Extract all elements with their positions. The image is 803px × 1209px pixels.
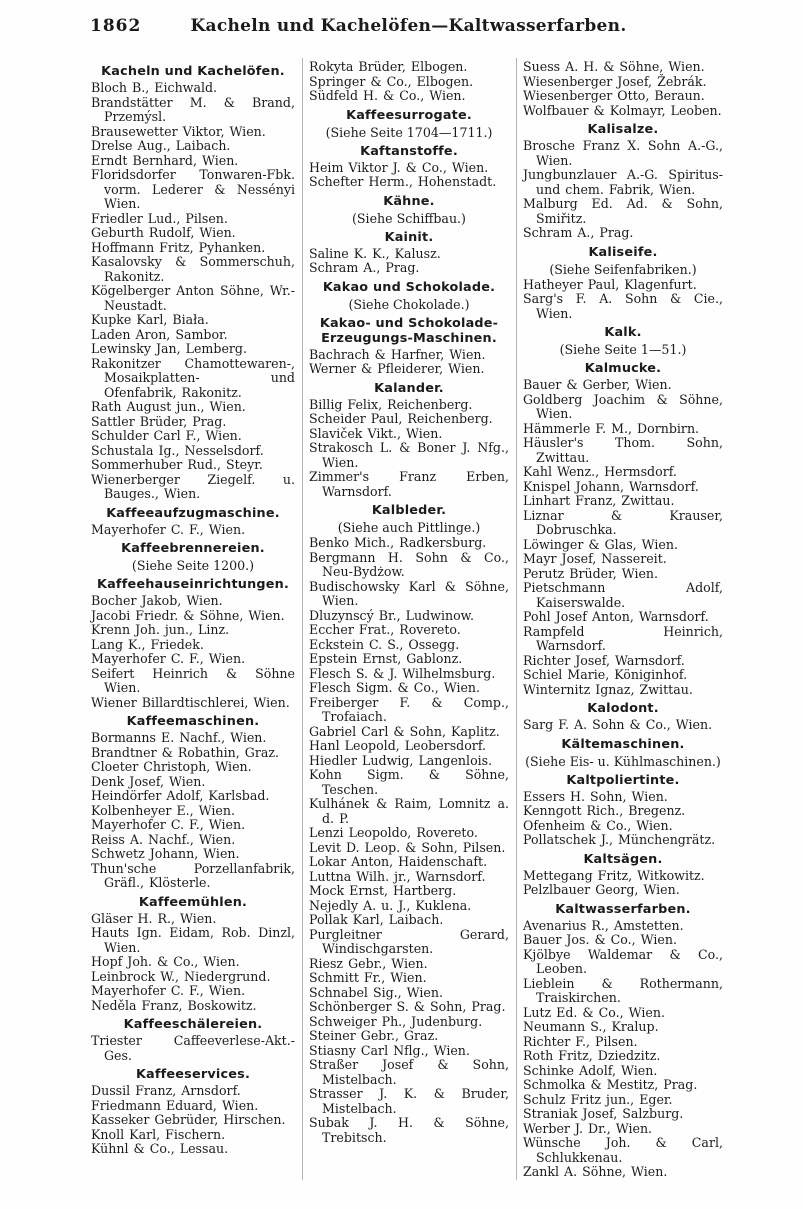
section-header: Kaliseife. <box>523 245 723 260</box>
directory-entry: Brandtner & Robathin, Graz. <box>91 746 295 761</box>
directory-entry: Straniak Josef, Salzburg. <box>523 1107 723 1122</box>
directory-entry: Triester Caffeeverlese-Akt.-Ges. <box>91 1034 295 1063</box>
directory-entry: Avenarius R., Amstetten. <box>523 919 723 934</box>
directory-entry: Schnabel Sig., Wien. <box>309 986 509 1001</box>
directory-entry: Wiener Billardtischlerei, Wien. <box>91 696 295 711</box>
directory-entry: Wiesenberger Otto, Beraun. <box>523 89 723 104</box>
directory-entry: Floridsdorfer Tonwaren-Fbk. vorm. Ledere… <box>91 168 295 212</box>
directory-entry: Bloch B., Eichwald. <box>91 81 295 96</box>
directory-entry: Levit D. Leop. & Sohn, Pilsen. <box>309 841 509 856</box>
directory-entry: Denk Josef, Wien. <box>91 775 295 790</box>
directory-entry: Schiel Marie, Königinhof. <box>523 668 723 683</box>
cross-reference: (Siehe Seite 1200.) <box>91 558 295 573</box>
section-header: Kaffeemühlen. <box>91 895 295 910</box>
directory-entry: Hiedler Ludwig, Langenlois. <box>309 754 509 769</box>
directory-entry: Flesch S. & J. Wilhelmsburg. <box>309 667 509 682</box>
directory-entry: Leinbrock W., Niedergrund. <box>91 970 295 985</box>
directory-entry: Slaviček Vikt., Wien. <box>309 427 509 442</box>
directory-entry: Laden Aron, Sambor. <box>91 328 295 343</box>
directory-entry: Kolbenheyer E., Wien. <box>91 804 295 819</box>
directory-entry: Riesz Gebr., Wien. <box>309 957 509 972</box>
section-header: Kaltpoliertinte. <box>523 773 723 788</box>
section-header: Kakao und Schokolade. <box>309 280 509 295</box>
directory-entry: Steiner Gebr., Graz. <box>309 1029 509 1044</box>
directory-entry: Richter F., Pilsen. <box>523 1035 723 1050</box>
directory-entry: Reiss A. Nachf., Wien. <box>91 833 295 848</box>
directory-entry: Lokar Anton, Haidenschaft. <box>309 855 509 870</box>
cross-reference: (Siehe Seite 1—51.) <box>523 342 723 357</box>
cross-reference: (Siehe auch Pittlinge.) <box>309 520 509 535</box>
directory-entry: Friedler Lud., Pilsen. <box>91 212 295 227</box>
directory-entry: Eckstein C. S., Ossegg. <box>309 638 509 653</box>
page-header: 1862 Kacheln und Kachelöfen—Kaltwasserfa… <box>0 14 803 40</box>
column-3: Suess A. H. & Söhne, Wien.Wiesenberger J… <box>516 58 730 1180</box>
directory-entry: Eccher Frat., Rovereto. <box>309 623 509 638</box>
directory-entry: Kasalovsky & Sommerschuh, Rakonitz. <box>91 255 295 284</box>
directory-entry: Brausewetter Viktor, Wien. <box>91 125 295 140</box>
directory-entry: Scheider Paul, Reichenberg. <box>309 412 509 427</box>
directory-entry: Jungbunzlauer A.-G. Spiritus- und chem. … <box>523 168 723 197</box>
directory-entry: Mock Ernst, Hartberg. <box>309 884 509 899</box>
directory-entry: Strasser J. K. & Bruder, Mistelbach. <box>309 1087 509 1116</box>
directory-entry: Schustala Ig., Nesselsdorf. <box>91 444 295 459</box>
section-header: Kaffeeaufzugmaschine. <box>91 506 295 521</box>
directory-entry: Billig Felix, Reichenberg. <box>309 398 509 413</box>
cross-reference: (Siehe Eis- u. Kühlmaschinen.) <box>523 754 723 769</box>
section-header: Kalodont. <box>523 701 723 716</box>
page-title: Kacheln und Kachelöfen—Kaltwasserfarben. <box>88 16 729 36</box>
directory-entry: Kupke Karl, Biała. <box>91 313 295 328</box>
directory-entry: Stiasny Carl Nflg., Wien. <box>309 1044 509 1059</box>
directory-entry: Lang K., Friedek. <box>91 638 295 653</box>
directory-entry: Lewinsky Jan, Lemberg. <box>91 342 295 357</box>
directory-entry: Jacobi Friedr. & Söhne, Wien. <box>91 609 295 624</box>
directory-entry: Kögelberger Anton Söhne, Wr.-Neustadt. <box>91 284 295 313</box>
directory-entry: Cloeter Christoph, Wien. <box>91 760 295 775</box>
directory-entry: Schulder Carl F., Wien. <box>91 429 295 444</box>
directory-entry: Saline K. K., Kalusz. <box>309 247 509 262</box>
directory-entry: Bocher Jakob, Wien. <box>91 594 295 609</box>
directory-entry: Geburth Rudolf, Wien. <box>91 226 295 241</box>
directory-entry: Sattler Brüder, Prag. <box>91 415 295 430</box>
directory-entry: Wienerberger Ziegelf. u. Bauges., Wien. <box>91 473 295 502</box>
directory-entry: Bergmann H. Sohn & Co., Neu-Bydżow. <box>309 551 509 580</box>
directory-entry: Häusler's Thom. Sohn, Zwittau. <box>523 436 723 465</box>
directory-entry: Lieblein & Rothermann, Traiskirchen. <box>523 977 723 1006</box>
directory-entry: Sarg's F. A. Sohn & Cie., Wien. <box>523 292 723 321</box>
directory-entry: Goldberg Joachim & Söhne, Wien. <box>523 393 723 422</box>
column-2: Rokyta Brüder, Elbogen.Springer & Co., E… <box>302 58 516 1180</box>
directory-entry: Bormanns E. Nachf., Wien. <box>91 731 295 746</box>
directory-entry: Heindörfer Adolf, Karlsbad. <box>91 789 295 804</box>
directory-entry: Pollatschek J., Münchengrätz. <box>523 833 723 848</box>
directory-entry: Kahl Wenz., Hermsdorf. <box>523 465 723 480</box>
directory-entry: Mayerhofer C. F., Wien. <box>91 523 295 538</box>
directory-entry: Mayr Josef, Nassereit. <box>523 552 723 567</box>
directory-entry: Mayerhofer C. F., Wien. <box>91 818 295 833</box>
section-header: Kakao- und Schokolade-Erzeugungs-Maschin… <box>309 316 509 346</box>
directory-entry: Seifert Heinrich & Söhne Wien. <box>91 667 295 696</box>
directory-entry: Bauer Jos. & Co., Wien. <box>523 933 723 948</box>
directory-entry: Löwinger & Glas, Wien. <box>523 538 723 553</box>
directory-entry: Kjölbye Waldemar & Co., Leoben. <box>523 948 723 977</box>
directory-entry: Strakosch L. & Boner J. Nfg., Wien. <box>309 441 509 470</box>
directory-entry: Thun'sche Porzellanfabrik, Gräfl., Klöst… <box>91 862 295 891</box>
directory-entry: Brosche Franz X. Sohn A.-G., Wien. <box>523 139 723 168</box>
section-header: Kalander. <box>309 381 509 396</box>
directory-entry: Schweiger Ph., Judenburg. <box>309 1015 509 1030</box>
directory-entry: Subak J. H. & Söhne, Trebitsch. <box>309 1116 509 1145</box>
directory-entry: Zankl A. Söhne, Wien. <box>523 1165 723 1180</box>
directory-entry: Neumann S., Kralup. <box>523 1020 723 1035</box>
directory-entry: Zimmer's Franz Erben, Warnsdorf. <box>309 470 509 499</box>
directory-entry: Gläser H. R., Wien. <box>91 912 295 927</box>
directory-entry: Lenzi Leopoldo, Rovereto. <box>309 826 509 841</box>
directory-entry: Budischowsky Karl & Söhne, Wien. <box>309 580 509 609</box>
directory-entry: Liznar & Krauser, Dobruschka. <box>523 509 723 538</box>
section-header: Kaffeehauseinrichtungen. <box>91 577 295 592</box>
directory-entry: Springer & Co., Elbogen. <box>309 75 509 90</box>
directory-entry: Luttna Wilh. jr., Warnsdorf. <box>309 870 509 885</box>
section-header: Kaffeebrennereien. <box>91 541 295 556</box>
scanned-directory-page: { "header": { "page_number": "1862", "ti… <box>0 0 803 1209</box>
directory-entry: Roth Fritz, Dziedzitz. <box>523 1049 723 1064</box>
section-header: Kaffeeschälereien. <box>91 1017 295 1032</box>
directory-entry: Knoll Karl, Fischern. <box>91 1128 295 1143</box>
cross-reference: (Siehe Seifenfabriken.) <box>523 262 723 277</box>
section-header: Kaftanstoffe. <box>309 144 509 159</box>
section-header: Kaffeemaschinen. <box>91 714 295 729</box>
directory-entry: Rampfeld Heinrich, Warnsdorf. <box>523 625 723 654</box>
directory-entry: Werner & Pfleiderer, Wien. <box>309 362 509 377</box>
directory-entry: Perutz Brüder, Wien. <box>523 567 723 582</box>
directory-entry: Ofenheim & Co., Wien. <box>523 819 723 834</box>
section-header: Kaffeesurrogate. <box>309 108 509 123</box>
directory-entry: Hanl Leopold, Leobersdorf. <box>309 739 509 754</box>
directory-entry: Rath August jun., Wien. <box>91 400 295 415</box>
directory-entry: Brandstätter M. & Brand, Przemýsl. <box>91 96 295 125</box>
directory-entry: Südfeld H. & Co., Wien. <box>309 89 509 104</box>
cross-reference: (Siehe Chokolade.) <box>309 297 509 312</box>
directory-entry: Schmolka & Mestitz, Prag. <box>523 1078 723 1093</box>
directory-entry: Mettegang Fritz, Witkowitz. <box>523 869 723 884</box>
section-header: Kalisalze. <box>523 122 723 137</box>
directory-entry: Rakonitzer Chamottewaren-, Mosaikplatten… <box>91 357 295 401</box>
directory-entry: Schmitt Fr., Wien. <box>309 971 509 986</box>
directory-entry: Hatheyer Paul, Klagenfurt. <box>523 278 723 293</box>
directory-entry: Schönberger S. & Sohn, Prag. <box>309 1000 509 1015</box>
directory-columns: Kacheln und Kachelöfen.Bloch B., Eichwal… <box>88 58 730 1180</box>
cross-reference: (Siehe Schiffbau.) <box>309 211 509 226</box>
section-header: Kalmucke. <box>523 361 723 376</box>
directory-entry: Malburg Ed. Ad. & Sohn, Smiřitz. <box>523 197 723 226</box>
section-header: Kacheln und Kachelöfen. <box>91 64 295 79</box>
directory-entry: Sommerhuber Rud., Steyr. <box>91 458 295 473</box>
directory-entry: Mayerhofer C. F., Wien. <box>91 652 295 667</box>
directory-entry: Schinke Adolf, Wien. <box>523 1064 723 1079</box>
directory-entry: Purgleitner Gerard, Windischgarsten. <box>309 928 509 957</box>
directory-entry: Knispel Johann, Warnsdorf. <box>523 480 723 495</box>
directory-entry: Dluzynscý Br., Ludwinow. <box>309 609 509 624</box>
directory-entry: Benko Mich., Radkersburg. <box>309 536 509 551</box>
directory-entry: Hauts Ign. Eidam, Rob. Dinzl, Wien. <box>91 926 295 955</box>
directory-entry: Kühnl & Co., Lessau. <box>91 1142 295 1157</box>
section-header: Kalk. <box>523 325 723 340</box>
directory-entry: Gabriel Carl & Sohn, Kaplitz. <box>309 725 509 740</box>
directory-entry: Linhart Franz, Zwittau. <box>523 494 723 509</box>
directory-entry: Pohl Josef Anton, Warnsdorf. <box>523 610 723 625</box>
section-header: Kähne. <box>309 194 509 209</box>
directory-entry: Wolfbauer & Kolmayr, Leoben. <box>523 104 723 119</box>
section-header: Kaltsägen. <box>523 852 723 867</box>
section-header: Kältemaschinen. <box>523 737 723 752</box>
directory-entry: Bauer & Gerber, Wien. <box>523 378 723 393</box>
directory-entry: Freiberger F. & Comp., Trofaiach. <box>309 696 509 725</box>
section-header: Kaffeeservices. <box>91 1067 295 1082</box>
directory-entry: Pollak Karl, Laibach. <box>309 913 509 928</box>
directory-entry: Hämmerle F. M., Dornbirn. <box>523 422 723 437</box>
directory-entry: Friedmann Eduard, Wien. <box>91 1099 295 1114</box>
directory-entry: Schwetz Johann, Wien. <box>91 847 295 862</box>
directory-entry: Kenngott Rich., Bregenz. <box>523 804 723 819</box>
section-header: Kaltwasserfarben. <box>523 902 723 917</box>
directory-entry: Mayerhofer C. F., Wien. <box>91 984 295 999</box>
directory-entry: Schram A., Prag. <box>309 261 509 276</box>
directory-entry: Sarg F. A. Sohn & Co., Wien. <box>523 718 723 733</box>
directory-entry: Schulz Fritz jun., Eger. <box>523 1093 723 1108</box>
directory-entry: Pietschmann Adolf, Kaiserswalde. <box>523 581 723 610</box>
section-header: Kalbleder. <box>309 503 509 518</box>
directory-entry: Kasseker Gebrüder, Hirschen. <box>91 1113 295 1128</box>
section-header: Kainit. <box>309 230 509 245</box>
column-1: Kacheln und Kachelöfen.Bloch B., Eichwal… <box>88 58 302 1180</box>
directory-entry: Winternitz Ignaz, Zwittau. <box>523 683 723 698</box>
cross-reference: (Siehe Seite 1704—1711.) <box>309 125 509 140</box>
directory-entry: Flesch Sigm. & Co., Wien. <box>309 681 509 696</box>
directory-entry: Drelse Aug., Laibach. <box>91 139 295 154</box>
directory-entry: Neděla Franz, Boskowitz. <box>91 999 295 1014</box>
directory-entry: Krenn Joh. jun., Linz. <box>91 623 295 638</box>
directory-entry: Richter Josef, Warnsdorf. <box>523 654 723 669</box>
directory-entry: Straßer Josef & Sohn, Mistelbach. <box>309 1058 509 1087</box>
directory-entry: Wünsche Joh. & Carl, Schlukkenau. <box>523 1136 723 1165</box>
directory-entry: Essers H. Sohn, Wien. <box>523 790 723 805</box>
directory-entry: Kohn Sigm. & Söhne, Teschen. <box>309 768 509 797</box>
directory-entry: Lutz Ed. & Co., Wien. <box>523 1006 723 1021</box>
directory-entry: Schram A., Prag. <box>523 226 723 241</box>
directory-entry: Nejedly A. u. J., Kuklena. <box>309 899 509 914</box>
directory-entry: Bachrach & Harfner, Wien. <box>309 348 509 363</box>
directory-entry: Kulhánek & Raim, Lomnitz a. d. P. <box>309 797 509 826</box>
directory-entry: Erndt Bernhard, Wien. <box>91 154 295 169</box>
directory-entry: Pelzlbauer Georg, Wien. <box>523 883 723 898</box>
directory-entry: Rokyta Brüder, Elbogen. <box>309 60 509 75</box>
directory-entry: Dussil Franz, Arnsdorf. <box>91 1084 295 1099</box>
directory-entry: Hoffmann Fritz, Pyhanken. <box>91 241 295 256</box>
directory-entry: Suess A. H. & Söhne, Wien. <box>523 60 723 75</box>
directory-entry: Hopf Joh. & Co., Wien. <box>91 955 295 970</box>
directory-entry: Werber J. Dr., Wien. <box>523 1122 723 1137</box>
directory-entry: Wiesenberger Josef, Žebrák. <box>523 75 723 90</box>
directory-entry: Epstein Ernst, Gablonz. <box>309 652 509 667</box>
directory-entry: Heim Viktor J. & Co., Wien. <box>309 161 509 176</box>
directory-entry: Schefter Herm., Hohenstadt. <box>309 175 509 190</box>
